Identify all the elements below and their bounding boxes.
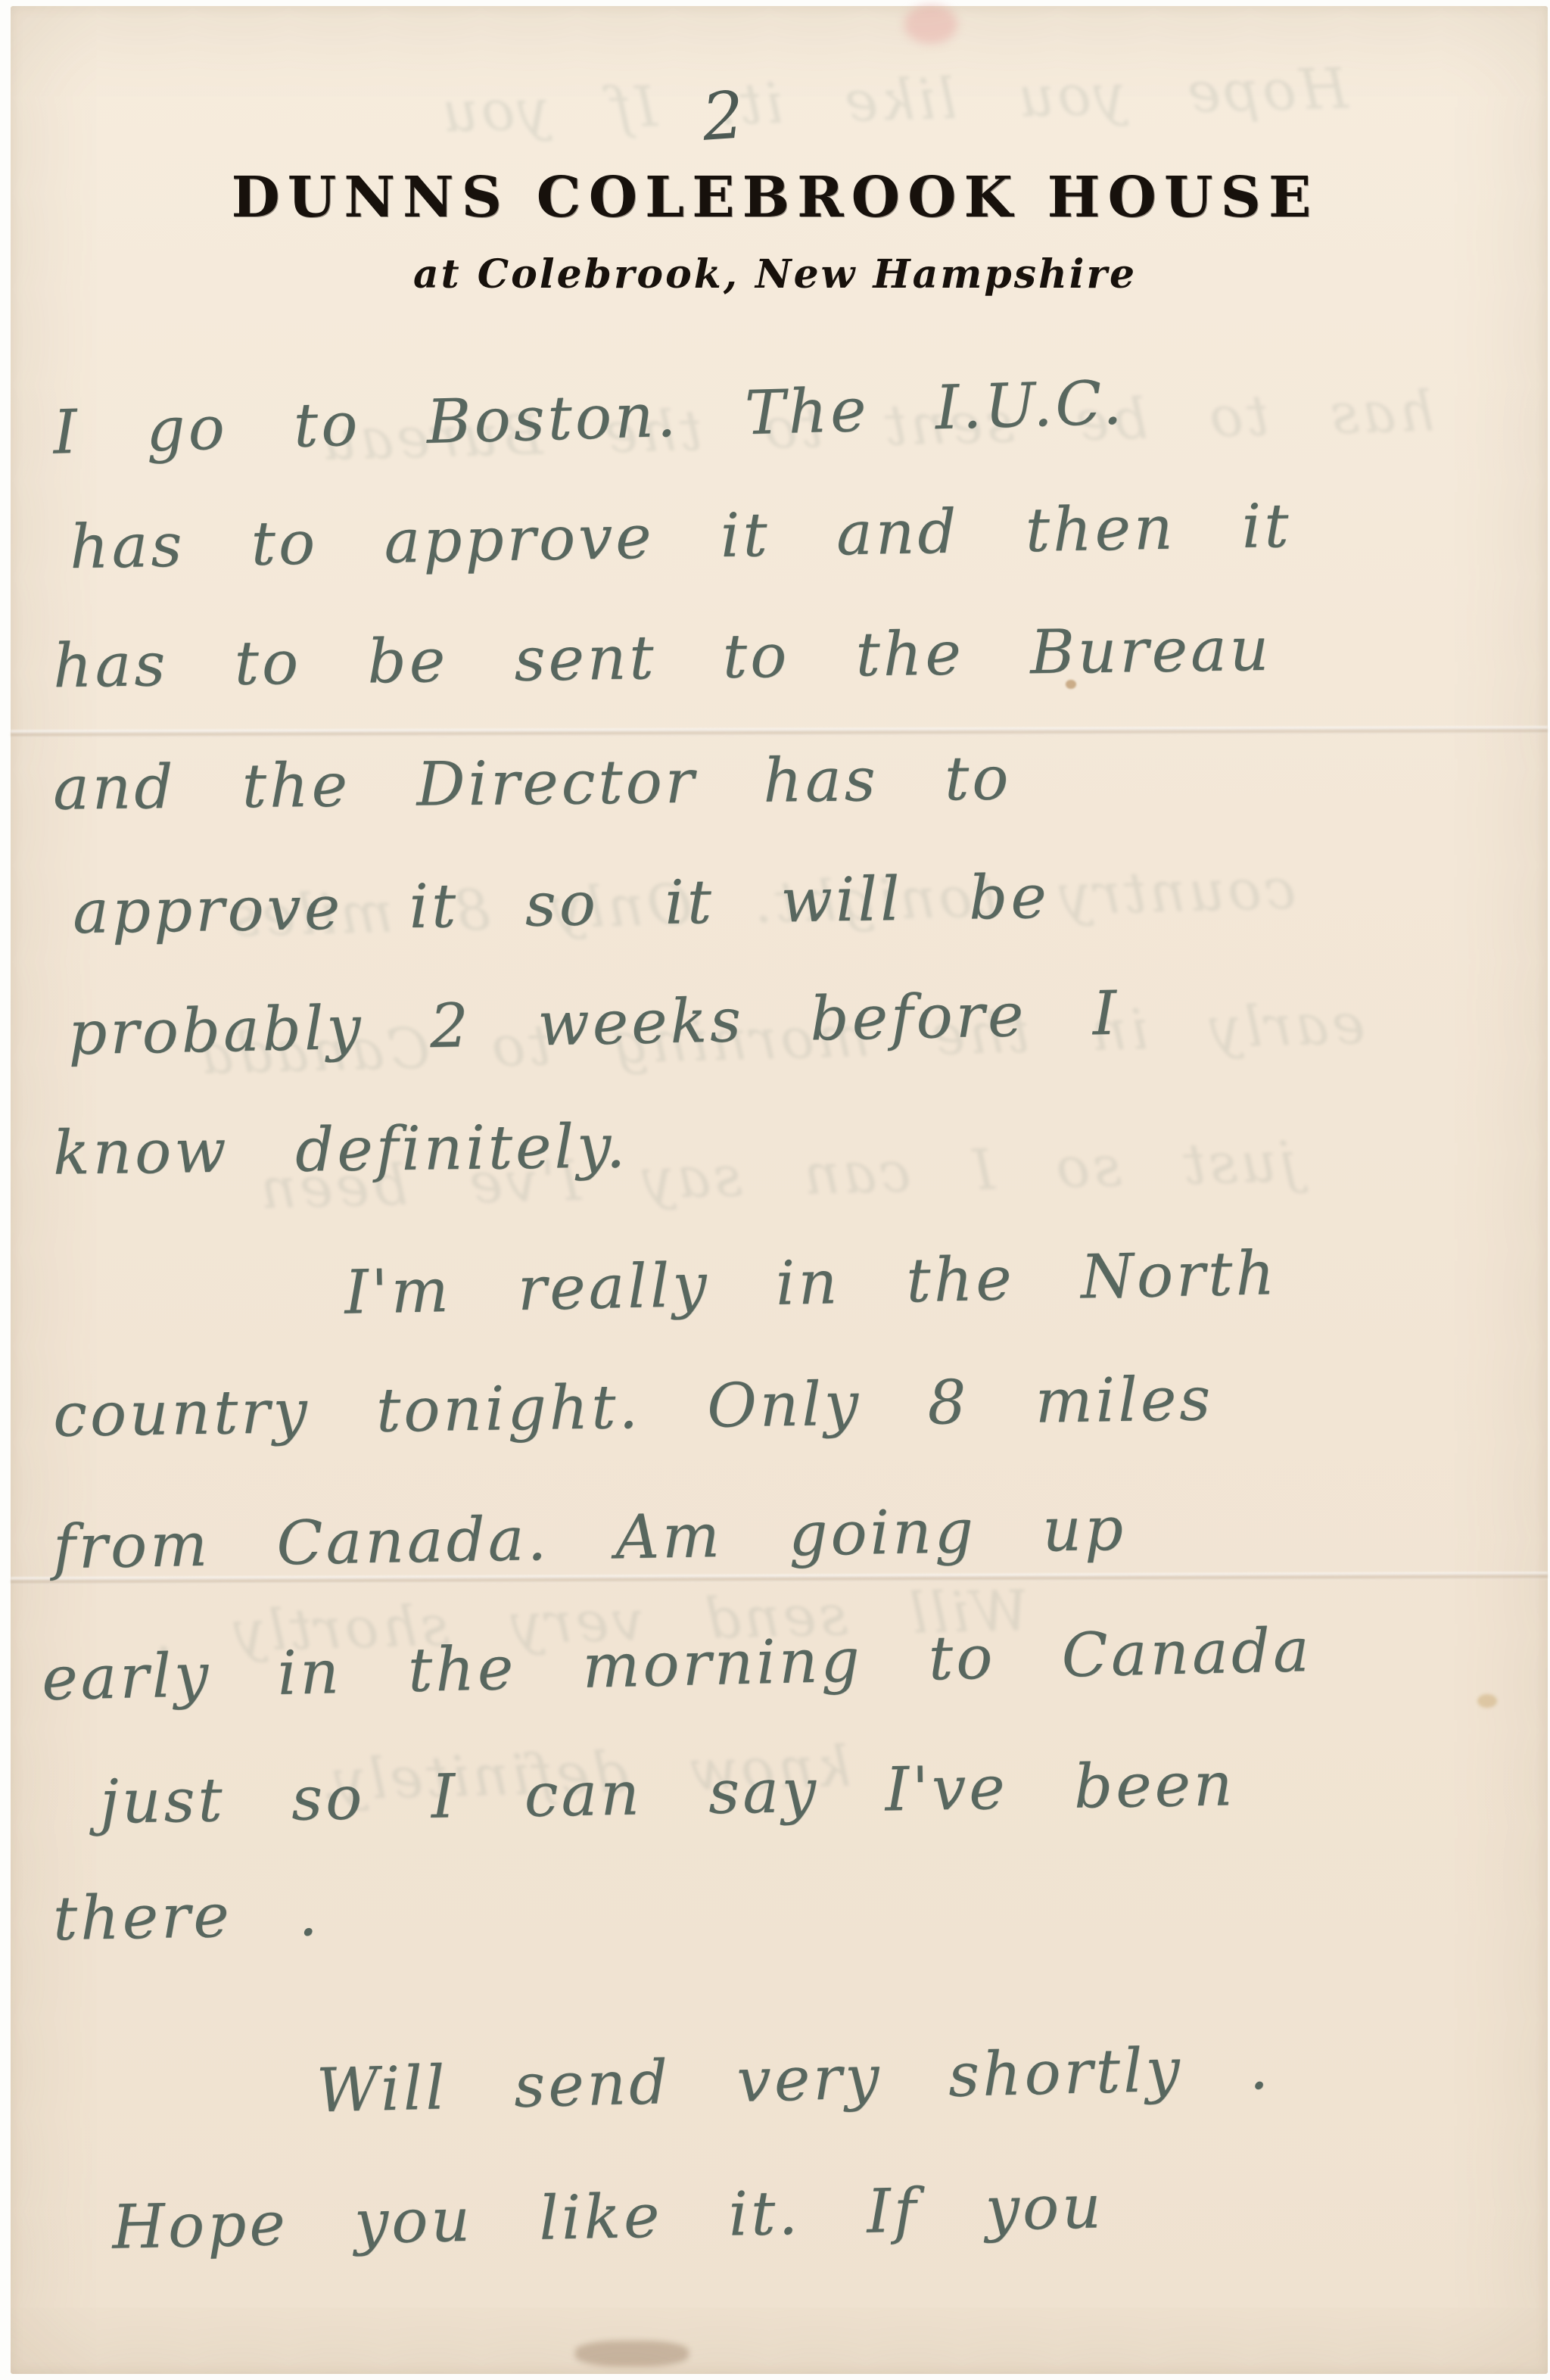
stain bbox=[1477, 1694, 1497, 1708]
stain bbox=[904, 5, 957, 44]
letterhead-subtitle: at Colebrook, New Hampshire bbox=[0, 251, 1550, 297]
handwritten-line: and the Director has to bbox=[53, 743, 1012, 823]
letterhead-title: DUNNS COLEBROOK HOUSE bbox=[0, 165, 1550, 230]
stain bbox=[575, 2341, 689, 2366]
page-number: 2 bbox=[700, 77, 747, 156]
scanned-letter-page: { "colors":{ "paper":"#f3e8d8", "ink_han… bbox=[0, 0, 1550, 2380]
letterhead: DUNNS COLEBROOK HOUSE at Colebrook, New … bbox=[0, 165, 1550, 297]
handwritten-line: there . bbox=[52, 1879, 321, 1954]
handwritten-line: know definitely. bbox=[52, 1111, 628, 1188]
